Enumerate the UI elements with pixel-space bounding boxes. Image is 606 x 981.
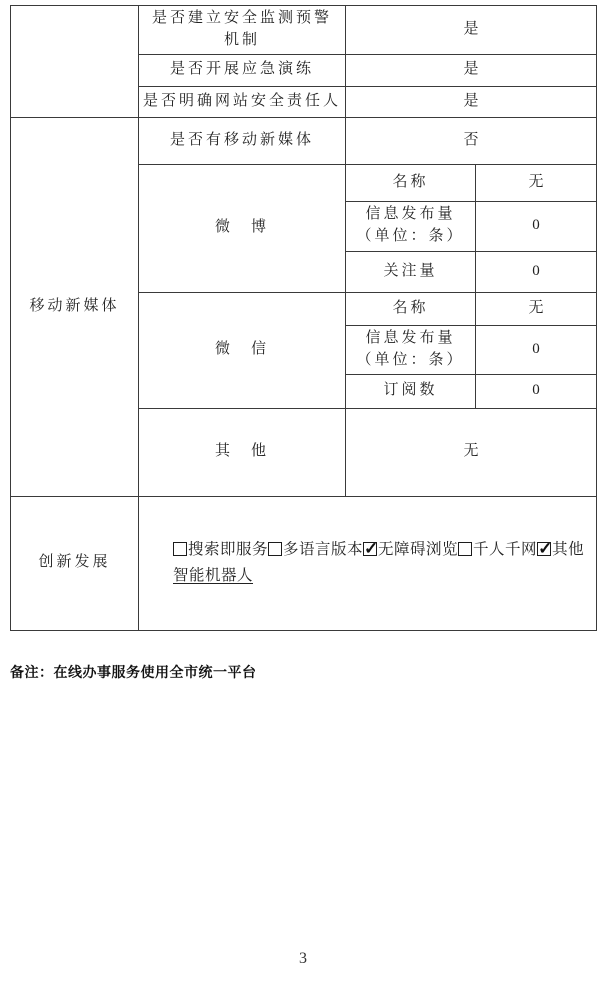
innovation-content-cell: 搜索即服务多语言版本无障碍浏览千人千网其他 智能机器人 <box>139 496 597 630</box>
weibo-name-value: 无 <box>476 164 597 201</box>
document-page: 是否建立安全监测预警 机制 是 是否开展应急演练 是 是否明确网站安全责任人 是… <box>0 0 606 981</box>
weibo-name-label: 名称 <box>346 164 476 201</box>
option-label-other: 其他 <box>552 541 584 558</box>
option-search-as-service: 搜索即服务 <box>173 541 268 558</box>
option-multilingual: 多语言版本 <box>268 541 363 558</box>
wechat-label-cell: 微 信 <box>139 292 346 408</box>
mobile-media-question: 是否有移动新媒体 <box>139 117 346 164</box>
security-question-monitoring: 是否建立安全监测预警 机制 <box>139 6 346 55</box>
security-question-responsible-person: 是否明确网站安全责任人 <box>139 86 346 117</box>
weibo-followers-value: 0 <box>476 251 597 292</box>
wechat-posts-label: 信息发布量 （单位：条） <box>346 325 476 374</box>
innovation-options: 搜索即服务多语言版本无障碍浏览千人千网其他 <box>173 537 586 563</box>
security-answer-monitoring: 是 <box>346 6 597 55</box>
weibo-posts-value: 0 <box>476 201 597 251</box>
other-media-label: 其 他 <box>139 408 346 496</box>
page-number: 3 <box>0 950 606 968</box>
option-thousand-sites: 千人千网 <box>458 541 537 558</box>
annual-report-table: 是否建立安全监测预警 机制 是 是否开展应急演练 是 是否明确网站安全责任人 是… <box>10 5 597 631</box>
option-label-search-as-service: 搜索即服务 <box>188 541 268 558</box>
option-label-thousand-sites: 千人千网 <box>473 541 537 558</box>
checkbox-search-as-service-icon[interactable] <box>173 542 187 556</box>
weibo-followers-label: 关注量 <box>346 251 476 292</box>
section-label-innovation: 创新发展 <box>11 496 139 630</box>
innovation-other-text: 智能机器人 <box>173 563 253 589</box>
wechat-posts-value: 0 <box>476 325 597 374</box>
section-label-mobile-media: 移动新媒体 <box>11 117 139 496</box>
checkbox-thousand-sites-icon[interactable] <box>458 542 472 556</box>
security-answer-drill: 是 <box>346 54 597 86</box>
weibo-label-cell: 微 博 <box>139 164 346 292</box>
checkbox-accessibility-icon[interactable] <box>363 542 377 556</box>
checkbox-other-icon[interactable] <box>537 542 551 556</box>
wechat-name-value: 无 <box>476 292 597 325</box>
wechat-subscribers-value: 0 <box>476 374 597 408</box>
security-question-drill: 是否开展应急演练 <box>139 54 346 86</box>
option-other: 其他 <box>537 541 584 558</box>
option-label-accessibility: 无障碍浏览 <box>378 541 458 558</box>
weibo-posts-label: 信息发布量 （单位：条） <box>346 201 476 251</box>
wechat-name-label: 名称 <box>346 292 476 325</box>
security-section-empty-cell <box>11 6 139 118</box>
option-label-multilingual: 多语言版本 <box>283 541 363 558</box>
other-media-value: 无 <box>346 408 597 496</box>
security-answer-responsible-person: 是 <box>346 86 597 117</box>
wechat-subscribers-label: 订阅数 <box>346 374 476 408</box>
option-accessibility: 无障碍浏览 <box>363 541 458 558</box>
checkbox-multilingual-icon[interactable] <box>268 542 282 556</box>
remark-note: 备注：在线办事服务使用全市统一平台 <box>10 662 257 682</box>
mobile-media-answer: 否 <box>346 117 597 164</box>
